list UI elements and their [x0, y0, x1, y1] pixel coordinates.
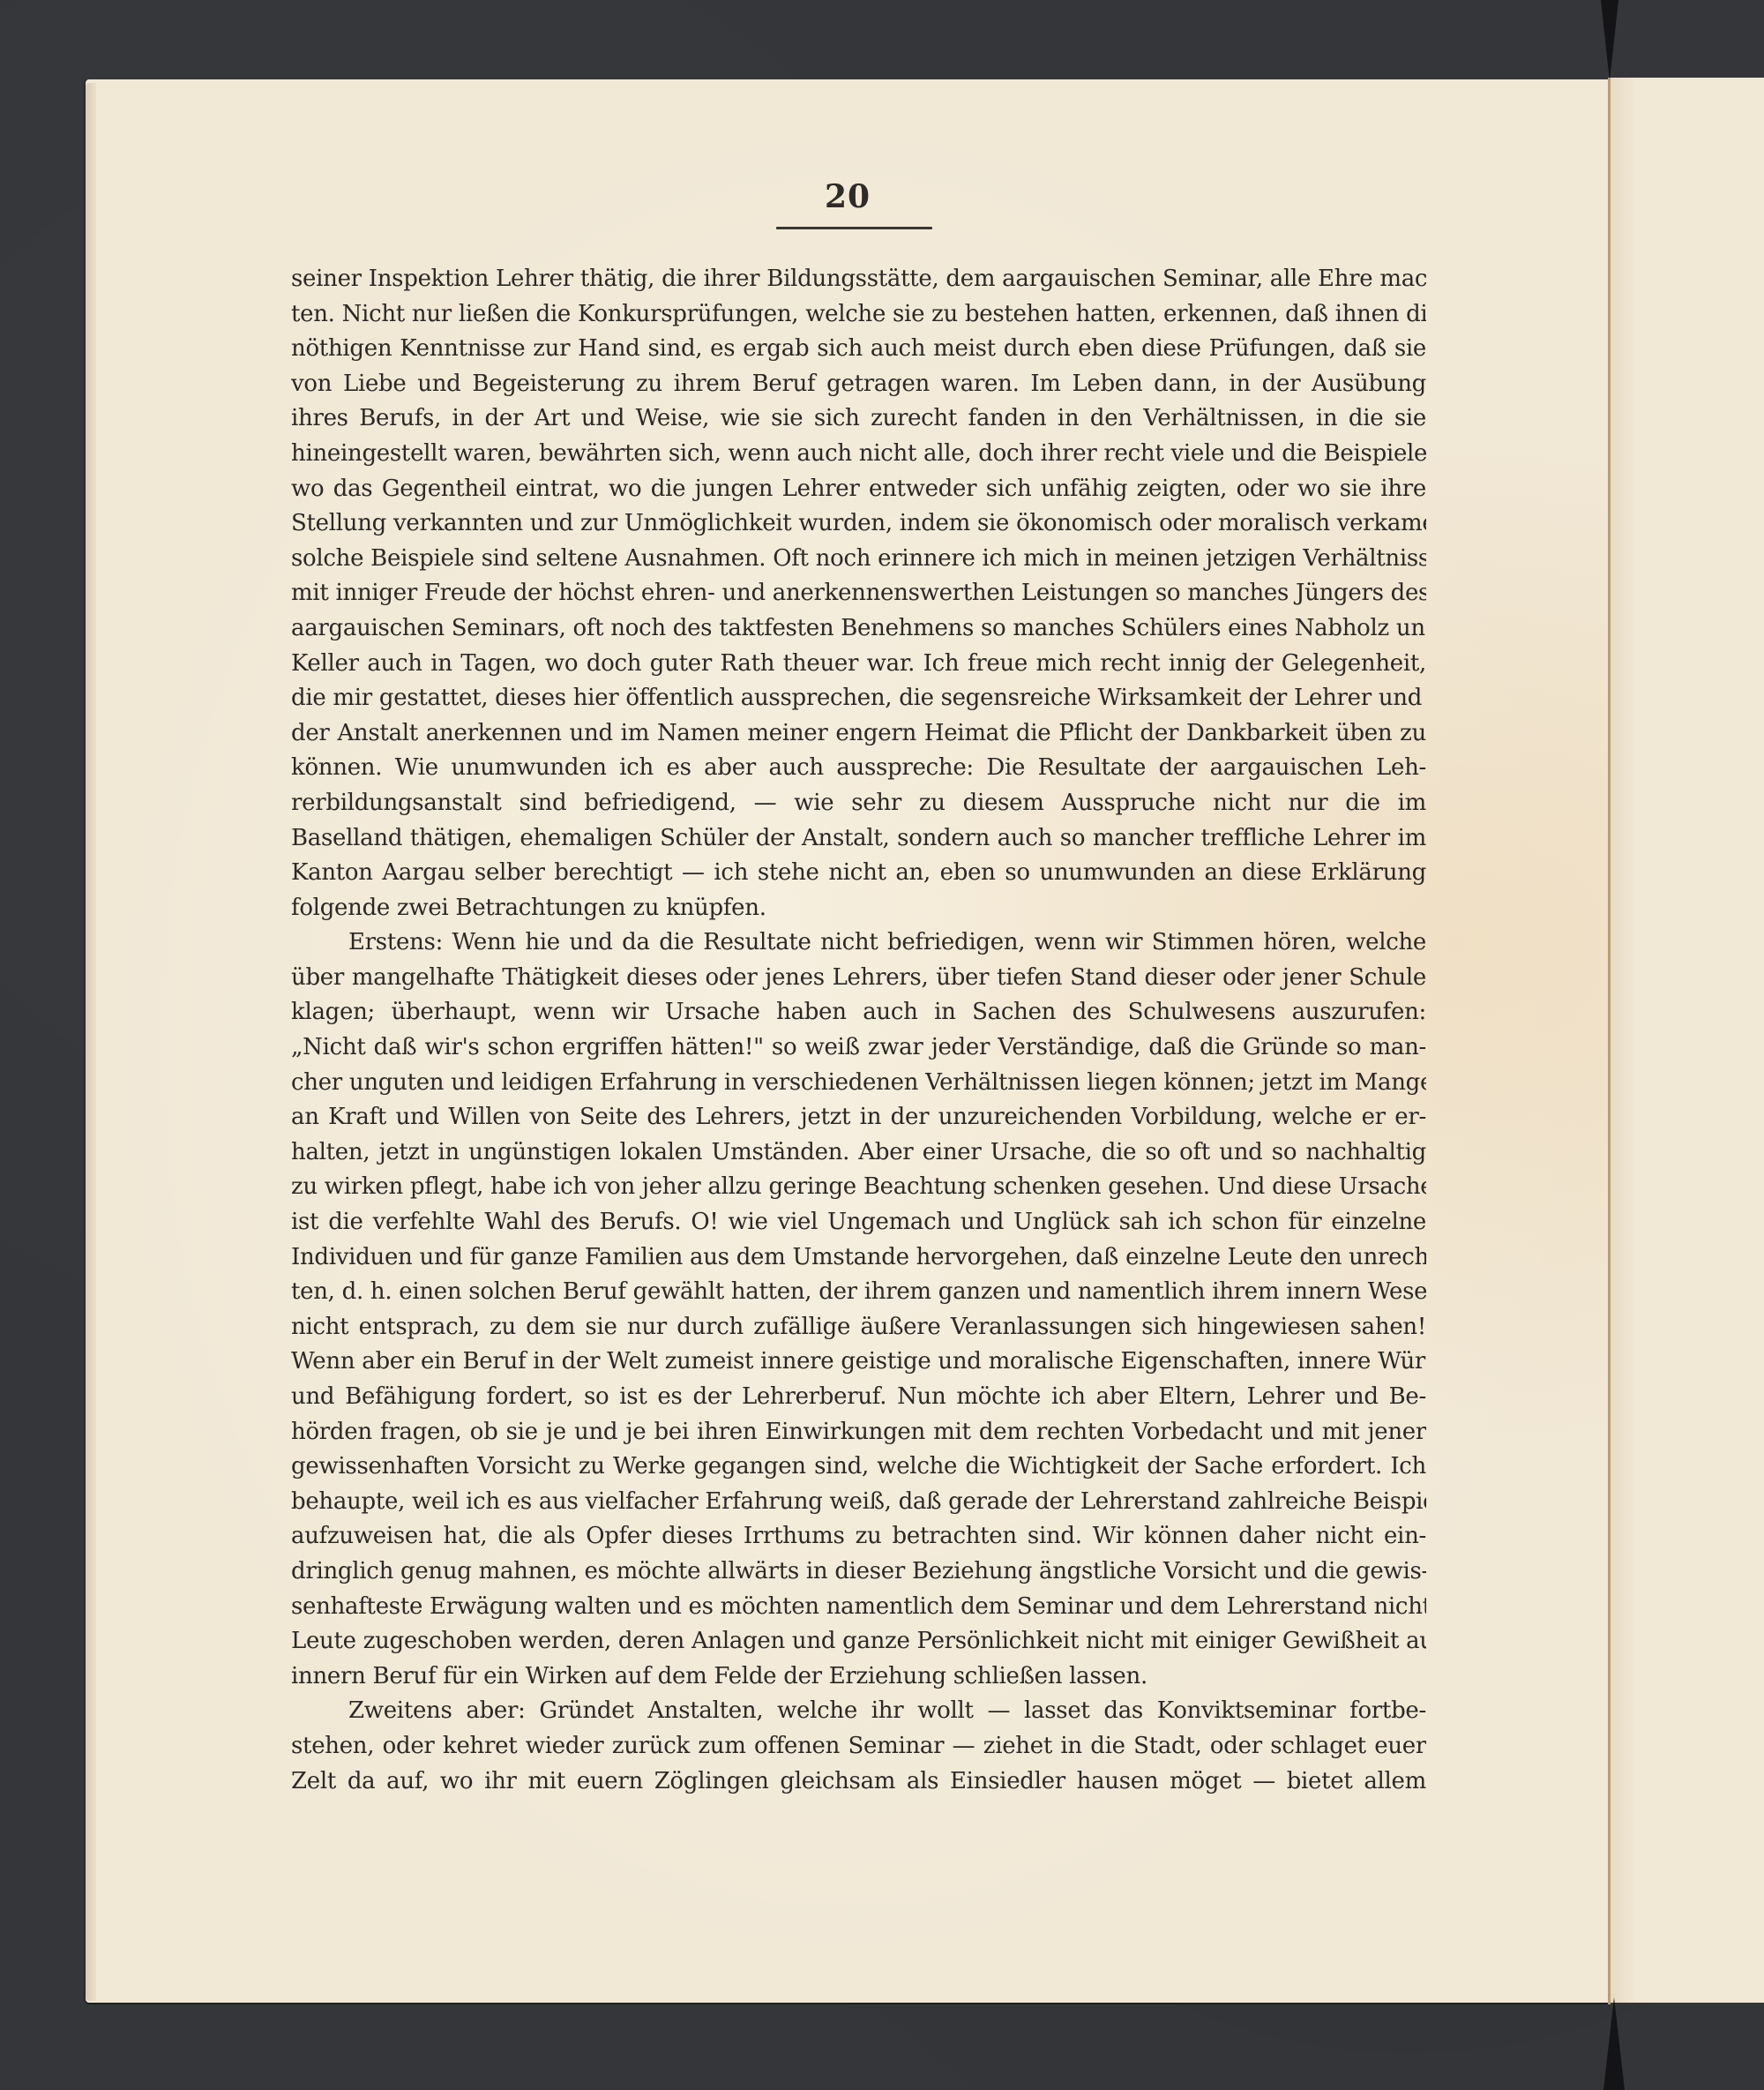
text-line: dringlich genug mahnen, es möchte allwär…	[291, 1554, 1426, 1590]
book-spine	[1608, 78, 1611, 2004]
header-rule	[776, 227, 932, 229]
text-line: cher unguten und leidigen Erfahrung in v…	[291, 1066, 1426, 1101]
text-line: rerbildungsanstalt sind befriedigend, — …	[291, 786, 1426, 821]
text-line: innern Beruf für ein Wirken auf dem Feld…	[291, 1659, 1426, 1695]
text-line: hörden fragen, ob sie je und je bei ihre…	[291, 1415, 1426, 1450]
text-line: Zweitens aber: Gründet Anstalten, welche…	[291, 1694, 1426, 1729]
text-line: ist die verfehlte Wahl des Berufs. O! wi…	[291, 1205, 1426, 1240]
text-line: senhafteste Erwägung walten und es möcht…	[291, 1590, 1426, 1625]
text-line: halten, jetzt in ungünstigen lokalen Ums…	[291, 1135, 1426, 1171]
text-line: hineingestellt waren, bewährten sich, we…	[291, 437, 1426, 472]
text-line: Zelt da auf, wo ihr mit euern Zöglingen …	[291, 1764, 1426, 1800]
text-line: ihres Berufs, in der Art und Weise, wie …	[291, 401, 1426, 437]
text-line: Keller auch in Tagen, wo doch guter Rath…	[291, 647, 1426, 682]
text-line: behaupte, weil ich es aus vielfacher Erf…	[291, 1485, 1426, 1520]
facing-page-edge	[1611, 78, 1764, 2003]
body-text: seiner Inspektion Lehrer thätig, die ihr…	[291, 262, 1426, 1799]
text-line: über mangelhafte Thätigkeit dieses oder …	[291, 961, 1426, 996]
text-line: die mir gestattet, dieses hier öffentlic…	[291, 681, 1426, 716]
text-line: ten, d. h. einen solchen Beruf gewählt h…	[291, 1275, 1426, 1310]
text-line: an Kraft und Willen von Seite des Lehrer…	[291, 1100, 1426, 1135]
text-line: nicht entsprach, zu dem sie nur durch zu…	[291, 1310, 1426, 1345]
text-line: Stellung verkannten und zur Unmöglichkei…	[291, 506, 1426, 542]
text-line: können. Wie unumwunden ich es aber auch …	[291, 751, 1426, 786]
text-line: der Anstalt anerkennen und im Namen mein…	[291, 716, 1426, 752]
text-line: stehen, oder kehret wieder zurück zum of…	[291, 1729, 1426, 1764]
text-line: klagen; überhaupt, wenn wir Ursache habe…	[291, 995, 1426, 1030]
text-line: wo das Gegentheil eintrat, wo die jungen…	[291, 472, 1426, 507]
text-line: und Befähigung fordert, so ist es der Le…	[291, 1380, 1426, 1415]
text-line: zu wirken pflegt, habe ich von jeher all…	[291, 1170, 1426, 1205]
spine-gap-top	[1601, 0, 1618, 81]
text-line: Wenn aber ein Beruf in der Welt zumeist …	[291, 1345, 1426, 1380]
text-line: mit inniger Freude der höchst ehren- und…	[291, 576, 1426, 611]
text-line: folgende zwei Betrachtungen zu knüpfen.	[291, 891, 1426, 926]
text-line: aufzuweisen hat, die als Opfer dieses Ir…	[291, 1519, 1426, 1554]
text-line: solche Beispiele sind seltene Ausnahmen.…	[291, 542, 1426, 577]
text-line: aargauischen Seminars, oft noch des takt…	[291, 611, 1426, 647]
spine-gap-bottom	[1603, 1997, 1625, 2090]
page-number: 20	[86, 178, 1610, 215]
text-line: seiner Inspektion Lehrer thätig, die ihr…	[291, 262, 1426, 297]
text-line: ten. Nicht nur ließen die Konkursprüfung…	[291, 297, 1426, 333]
text-line: nöthigen Kenntnisse zur Hand sind, es er…	[291, 332, 1426, 367]
text-line: Leute zugeschoben werden, deren Anlagen …	[291, 1624, 1426, 1659]
text-line: Erstens: Wenn hie und da die Resultate n…	[291, 925, 1426, 961]
text-line: Baselland thätigen, ehemaligen Schüler d…	[291, 821, 1426, 857]
text-line: „Nicht daß wir's schon ergriffen hätten!…	[291, 1030, 1426, 1066]
text-line: von Liebe und Begeisterung zu ihrem Beru…	[291, 367, 1426, 402]
text-line: Kanton Aargau selber berechtigt — ich st…	[291, 856, 1426, 891]
text-line: gewissenhaften Vorsicht zu Werke gegange…	[291, 1450, 1426, 1485]
text-line: Individuen und für ganze Familien aus de…	[291, 1240, 1426, 1276]
book-page: 20 seiner Inspektion Lehrer thätig, die …	[86, 79, 1610, 2003]
page-edge-left	[86, 83, 96, 2001]
